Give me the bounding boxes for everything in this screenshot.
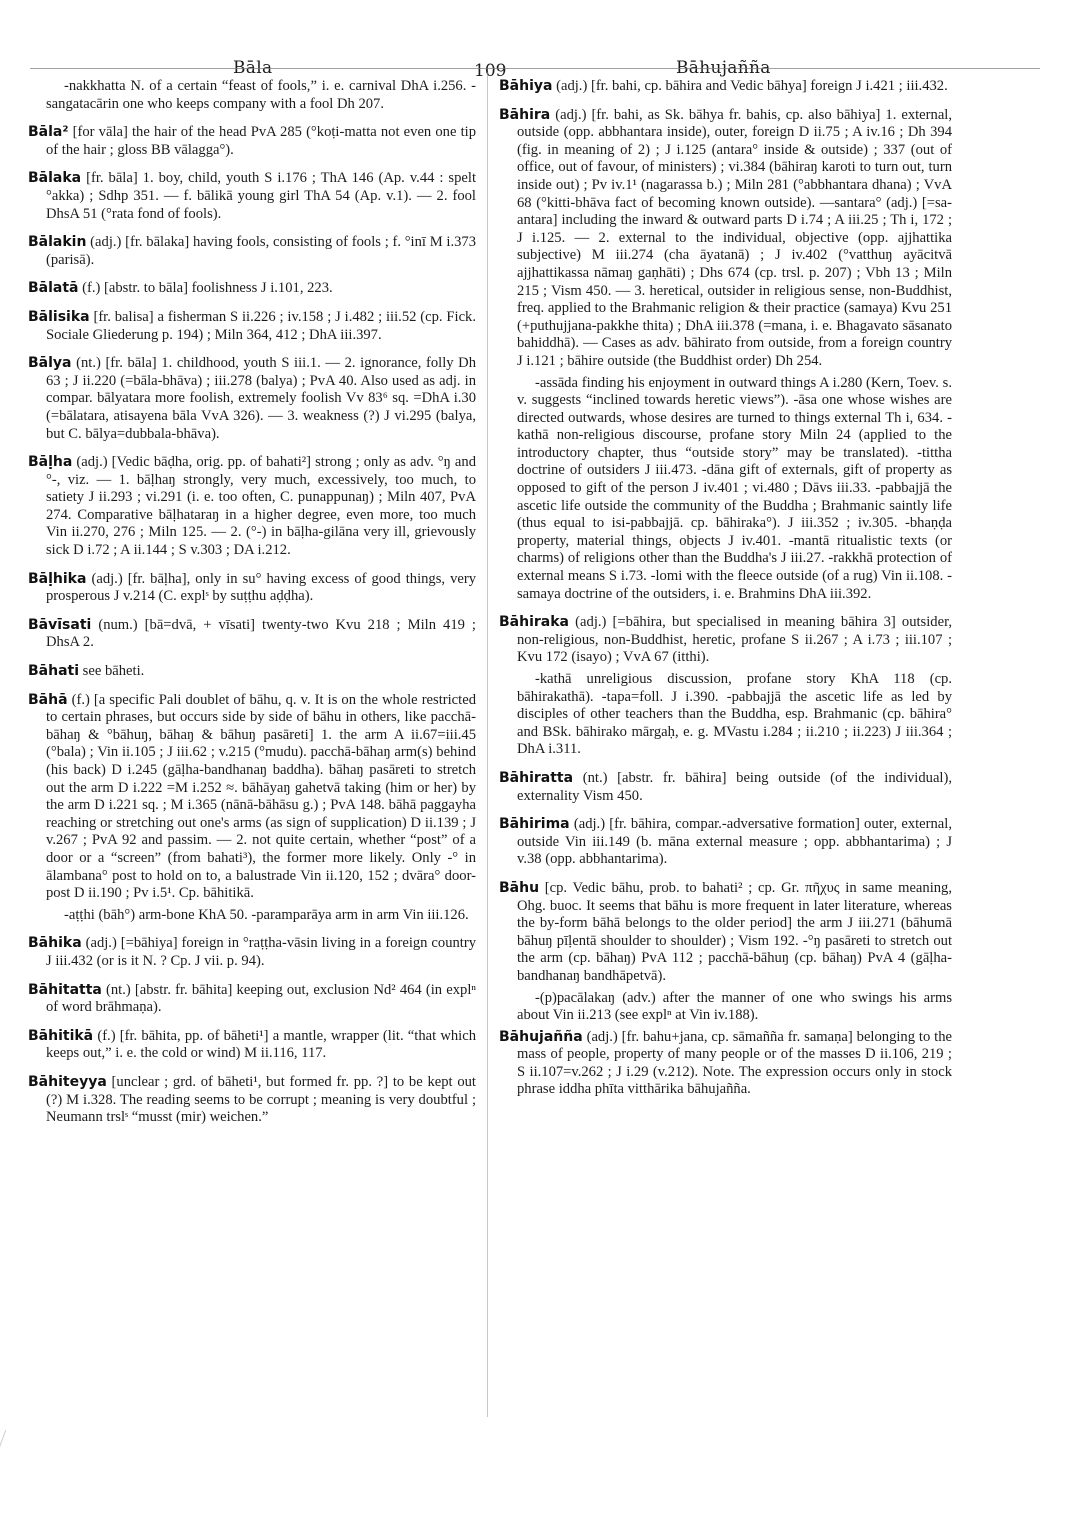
entry-text: (adj.) [fr. bālaka] having fools, consis…	[46, 234, 476, 268]
entry-text: (nt.) [fr. bāla] 1. childhood, youth S i…	[46, 355, 476, 441]
entry-text: -nakkhatta N. of a certain “feast of foo…	[46, 78, 476, 112]
entry-text: (f.) [abstr. to bāla] foolishness J i.10…	[79, 280, 333, 296]
entry-headword: Bāhirima	[499, 816, 570, 832]
entry-text: -assāda finding his enjoyment in outward…	[517, 375, 952, 602]
entry-headword: Bāhira	[499, 107, 550, 123]
dictionary-entry: Bāhiya (adj.) [fr. bahi, cp. bāhira and …	[499, 78, 952, 96]
entry-text: (adj.) [fr. bahu+jana, cp. sāmañña fr. s…	[517, 1029, 952, 1098]
dictionary-entry: Bālatā (f.) [abstr. to bāla] foolishness…	[28, 280, 476, 298]
dictionary-entry: Bālya (nt.) [fr. bāla] 1. childhood, you…	[28, 355, 476, 443]
entry-text: (adj.) [fr. bahi, cp. bāhira and Vedic b…	[552, 78, 947, 94]
header-rule	[30, 68, 1040, 69]
entry-headword: Bālatā	[28, 280, 79, 296]
entry-headword: Bāhiraka	[499, 614, 569, 630]
entry-text: (adj.) [fr. bāhira, compar.-adversative …	[517, 816, 952, 867]
dictionary-entry: Bālaka [fr. bāla] 1. boy, child, youth S…	[28, 170, 476, 223]
entry-headword: Bāhu	[499, 880, 539, 896]
entry-headword: Bāhiratta	[499, 770, 573, 786]
dictionary-entry: Bāhira (adj.) [fr. bahi, as Sk. bāhya fr…	[499, 107, 952, 371]
entry-text: (adj.) [fr. bahi, as Sk. bāhya fr. bahis…	[517, 107, 952, 369]
entry-text: (nt.) [abstr. fr. bāhira] being outside …	[517, 770, 952, 804]
entry-headword: Bāhitikā	[28, 1028, 93, 1044]
scan-mark	[0, 1430, 12, 1448]
dictionary-entry: Bālakin (adj.) [fr. bālaka] having fools…	[28, 234, 476, 269]
entry-text: [fr. balisa] a fisherman S ii.226 ; iv.1…	[46, 309, 476, 343]
entry-headword: Bāhitatta	[28, 982, 102, 998]
entry-continuation: -kathā unreligious discussion, profane s…	[499, 671, 952, 759]
dictionary-entry: Bāḷhika (adj.) [fr. bāḷha], only in su° …	[28, 571, 476, 606]
entry-text: (num.) [bā=dvā, + vīsati] twenty-two Kvu…	[46, 617, 476, 651]
dictionary-entry: Bāla² [for vāla] the hair of the head Pv…	[28, 124, 476, 159]
dictionary-entry: Bāhirima (adj.) [fr. bāhira, compar.-adv…	[499, 816, 952, 869]
entry-text: (adj.) [=bāhiya] foreign in °raṭṭha-vāsi…	[46, 935, 476, 969]
entry-headword: Bāvīsati	[28, 617, 91, 633]
entry-headword: Bālya	[28, 355, 72, 371]
dictionary-entry: Bāhati see bāheti.	[28, 663, 476, 681]
entry-text: [cp. Vedic bāhu, prob. to bahati² ; cp. …	[517, 880, 952, 984]
column-divider	[487, 72, 488, 1417]
entry-text: (adj.) [=bāhira, but specialised in mean…	[517, 614, 952, 665]
entry-continuation: -nakkhatta N. of a certain “feast of foo…	[28, 78, 476, 113]
dictionary-entry: Bāhitatta (nt.) [abstr. fr. bāhita] keep…	[28, 982, 476, 1017]
dictionary-entry: Bālisika [fr. balisa] a fisherman S ii.2…	[28, 309, 476, 344]
entry-headword: Bāhiya	[499, 78, 552, 94]
entry-text: -aṭṭhi (bāh°) arm-bone KhA 50. -parampar…	[64, 907, 469, 923]
entry-headword: Bālisika	[28, 309, 90, 325]
entry-text: -kathā unreligious discussion, profane s…	[517, 671, 952, 757]
entry-text: (adj.) [Vedic bāḍha, orig. pp. of bahati…	[46, 454, 476, 558]
entry-headword: Bālakin	[28, 234, 86, 250]
entry-headword: Bāhujañña	[499, 1029, 583, 1045]
entry-text: [fr. bāla] 1. boy, child, youth S i.176 …	[46, 170, 476, 221]
dictionary-entry: Bāhika (adj.) [=bāhiya] foreign in °raṭṭ…	[28, 935, 476, 970]
dictionary-entry: Bāhujañña (adj.) [fr. bahu+jana, cp. sām…	[499, 1029, 952, 1099]
dictionary-entry: Bāhitikā (f.) [fr. bāhita, pp. of bāheti…	[28, 1028, 476, 1063]
entry-text: (f.) [a specific Pali doublet of bāhu, q…	[46, 692, 476, 902]
dictionary-entry: Bāhā (f.) [a specific Pali doublet of bā…	[28, 692, 476, 903]
entry-text: [unclear ; grd. of bāheti¹, but formed f…	[46, 1074, 476, 1125]
entry-headword: Bāḷhika	[28, 571, 86, 587]
entry-headword: Bāhati	[28, 663, 79, 679]
entry-text: -(p)pacālakaŋ (adv.) after the manner of…	[517, 990, 952, 1024]
entry-continuation: -assāda finding his enjoyment in outward…	[499, 375, 952, 604]
entry-text: (nt.) [abstr. fr. bāhita] keeping out, e…	[46, 982, 476, 1016]
dictionary-entry: Bāhiteyya [unclear ; grd. of bāheti¹, bu…	[28, 1074, 476, 1127]
dictionary-entry: Bāvīsati (num.) [bā=dvā, + vīsati] twent…	[28, 617, 476, 652]
dictionary-entry: Bāhu [cp. Vedic bāhu, prob. to bahati² ;…	[499, 880, 952, 986]
entry-text: see bāheti.	[79, 663, 144, 679]
dictionary-entry: Bāhiratta (nt.) [abstr. fr. bāhira] bein…	[499, 770, 952, 805]
page-header: Bāla 109 Bāhujañña	[0, 0, 1073, 70]
dictionary-entry: Bāḷha (adj.) [Vedic bāḍha, orig. pp. of …	[28, 454, 476, 560]
entry-text: [for vāla] the hair of the head PvA 285 …	[46, 124, 476, 158]
left-column: -nakkhatta N. of a certain “feast of foo…	[28, 78, 476, 1138]
entry-text: (f.) [fr. bāhita, pp. of bāheti¹] a mant…	[46, 1028, 476, 1062]
entry-text: (adj.) [fr. bāḷha], only in su° having e…	[46, 571, 476, 605]
entry-headword: Bāhā	[28, 692, 68, 708]
entry-headword: Bāhika	[28, 935, 82, 951]
entry-continuation: -aṭṭhi (bāh°) arm-bone KhA 50. -parampar…	[28, 907, 476, 925]
entry-headword: Bāḷha	[28, 454, 72, 470]
entry-headword: Bāla²	[28, 124, 69, 140]
entry-continuation: -(p)pacālakaŋ (adv.) after the manner of…	[499, 990, 952, 1025]
dictionary-entry: Bāhiraka (adj.) [=bāhira, but specialise…	[499, 614, 952, 667]
entry-headword: Bāhiteyya	[28, 1074, 107, 1090]
right-column: Bāhiya (adj.) [fr. bahi, cp. bāhira and …	[499, 78, 952, 1110]
entry-headword: Bālaka	[28, 170, 81, 186]
